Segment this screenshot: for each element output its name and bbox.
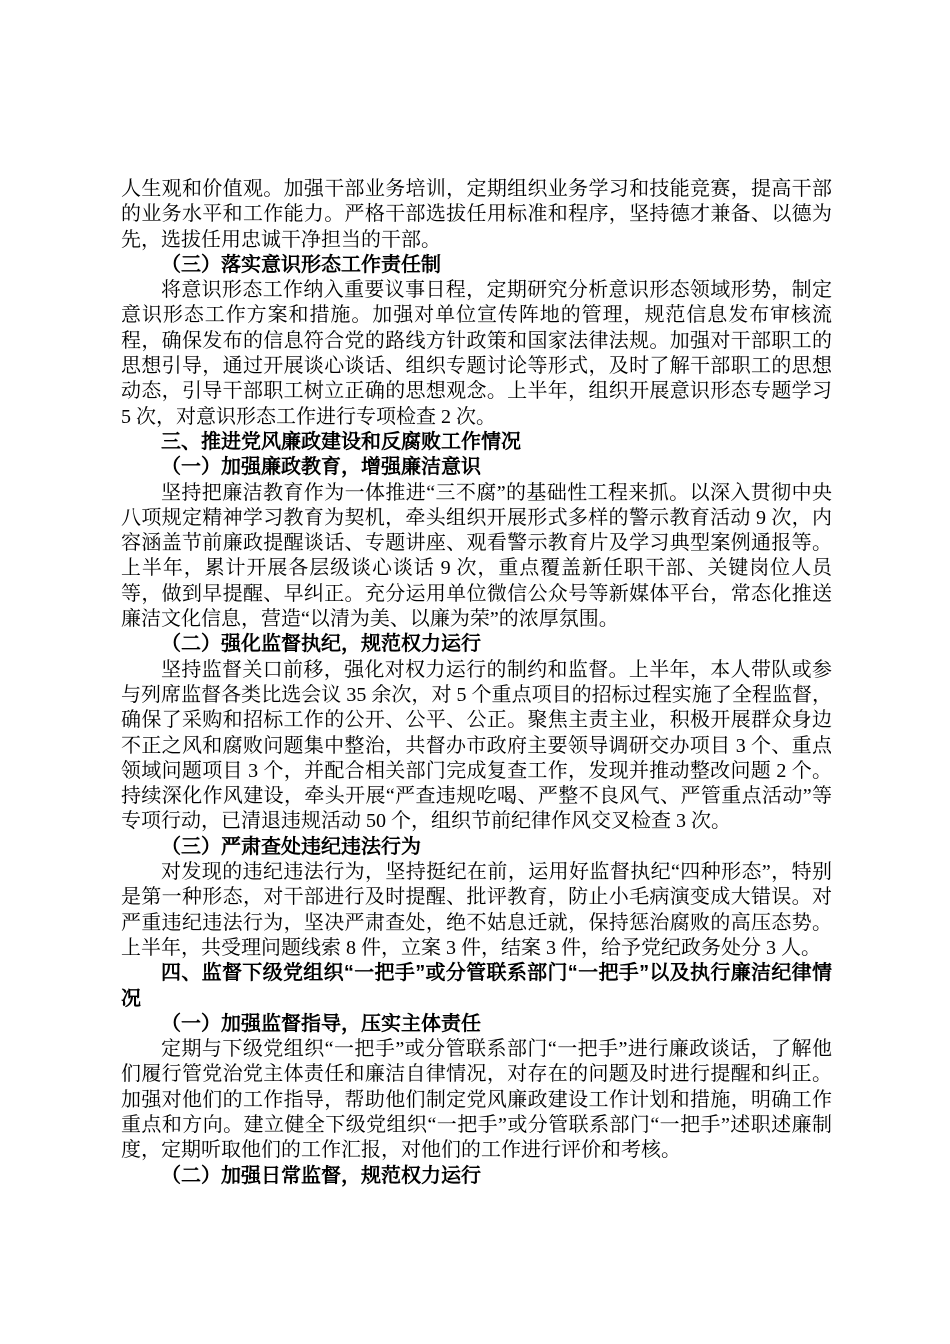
subsection-heading-supervision-discipline: （二）强化监督执纪，规范权力运行	[121, 632, 832, 657]
body-paragraph-supervision-guidance: 定期与下级党组织“一把手”或分管联系部门“一把手”进行廉政谈话，了解他们履行管党…	[121, 1037, 832, 1163]
body-paragraph-investigate-violations: 对发现的违纪违法行为，坚持挺纪在前，运用好监督执纪“四种形态”，特别是第一种形态…	[121, 860, 832, 961]
section-heading-4-supervise-top-leaders: 四、监督下级党组织“一把手”或分管联系部门“一把手”以及执行廉洁纪律情况	[121, 961, 832, 1012]
section-heading-3-anticorruption: 三、推进党风廉政建设和反腐败工作情况	[121, 430, 832, 455]
body-paragraph-continuation: 人生观和价值观。加强干部业务培训，定期组织业务学习和技能竞赛，提高干部的业务水平…	[121, 177, 832, 253]
subsection-heading-integrity-education: （一）加强廉政教育，增强廉洁意识	[121, 455, 832, 480]
document-page: 人生观和价值观。加强干部业务培训，定期组织业务学习和技能竞赛，提高干部的业务水平…	[0, 0, 950, 1344]
body-paragraph-ideology: 将意识形态工作纳入重要议事日程，定期研究分析意识形态领域形势，制定意识形态工作方…	[121, 278, 832, 430]
subsection-heading-supervision-guidance: （一）加强监督指导，压实主体责任	[121, 1012, 832, 1037]
subsection-heading-ideology-responsibility: （三）落实意识形态工作责任制	[121, 253, 832, 278]
subsection-heading-daily-supervision: （二）加强日常监督，规范权力运行	[121, 1164, 832, 1189]
body-paragraph-supervision-discipline: 坚持监督关口前移，强化对权力运行的制约和监督。上半年，本人带队或参与列席监督各类…	[121, 658, 832, 835]
body-paragraph-integrity-education: 坚持把廉洁教育作为一体推进“三不腐”的基础性工程来抓。以深入贯彻中央八项规定精神…	[121, 481, 832, 633]
subsection-heading-investigate-violations: （三）严肃查处违纪违法行为	[121, 835, 832, 860]
